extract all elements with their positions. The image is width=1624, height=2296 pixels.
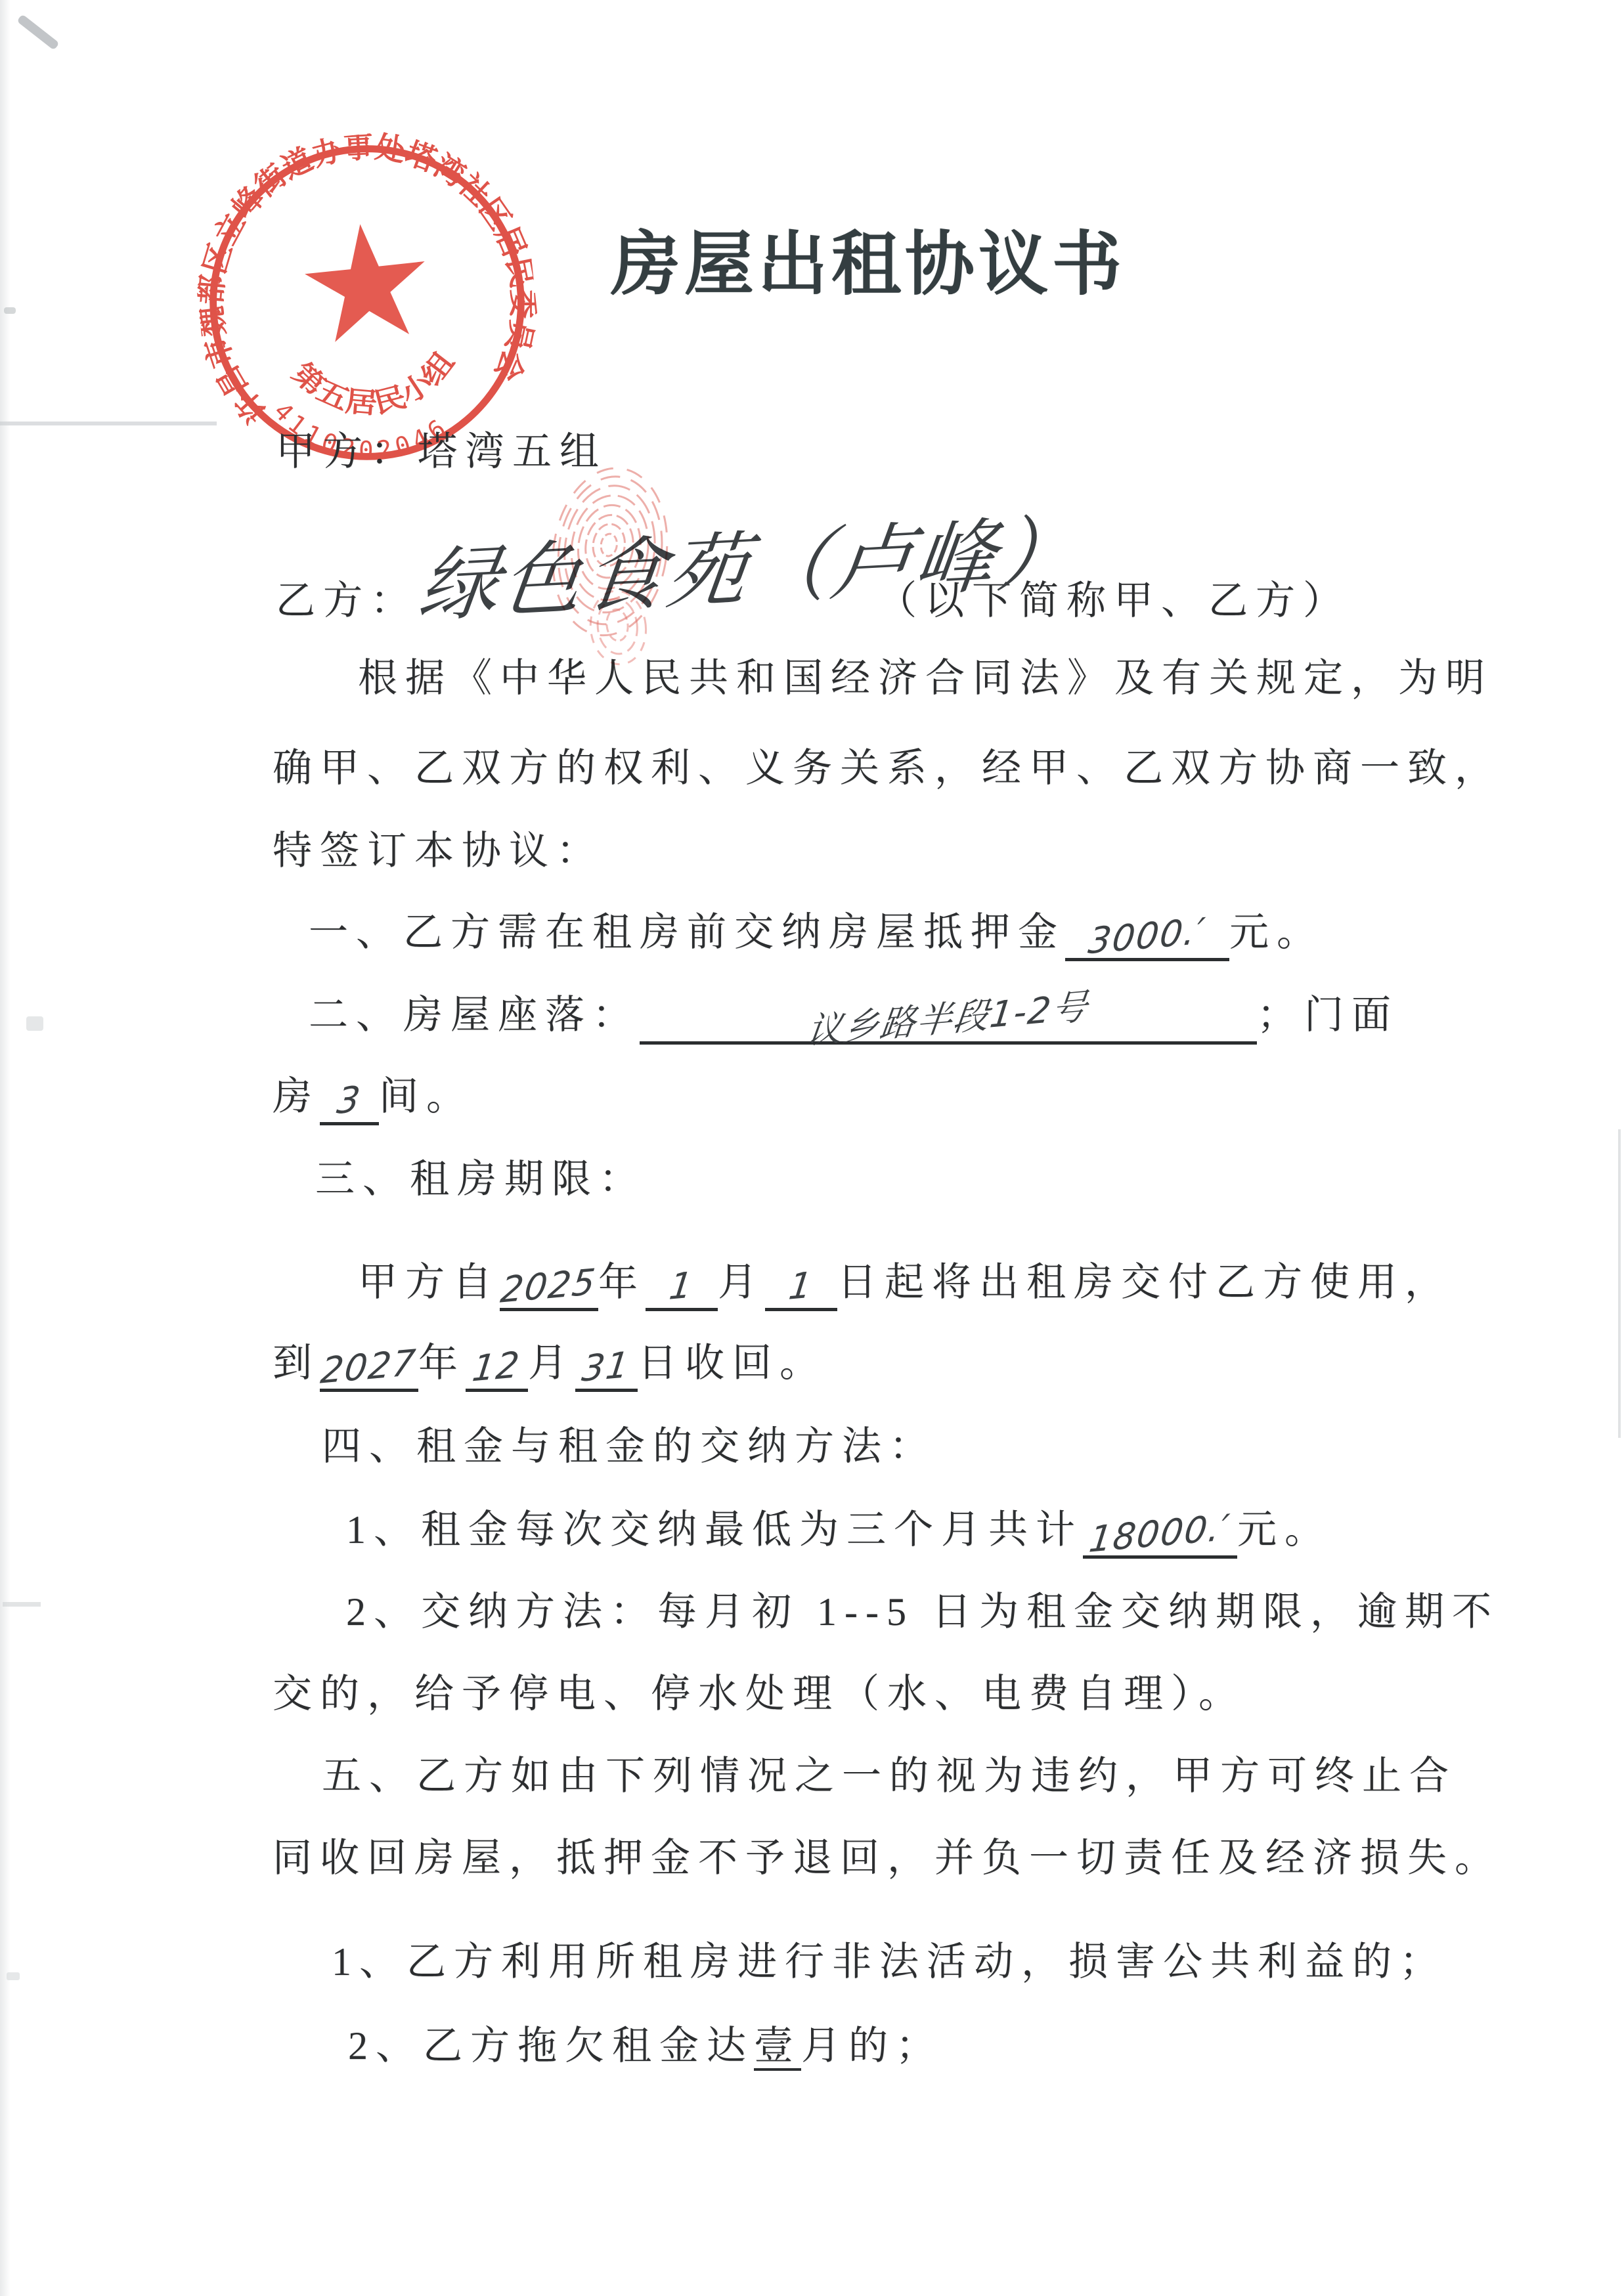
document-line: 乙方：绿色食苑（卢峰）（以下简称甲、乙方） [276, 522, 1350, 639]
document-line: 房3间。 [273, 1065, 473, 1125]
document-line: 1、租金每次交纳最低为三个月共计18000.′元。 [346, 1498, 1332, 1559]
fill-in-blank: 31 [575, 1341, 638, 1392]
handwritten-value: 3000.′ [1086, 910, 1208, 963]
fill-in-blank: 2027 [320, 1341, 418, 1392]
printed-text: 特签订本协议： [273, 829, 604, 873]
handwritten-value: 2027 [318, 1341, 419, 1392]
document-line: 2、乙方拖欠租金达壹月的； [348, 2014, 943, 2071]
scan-edge-line [1618, 1129, 1621, 1438]
printed-text: 月 [718, 1261, 765, 1304]
printed-text: 间。 [379, 1075, 473, 1118]
document-line: 同收回房屋，抵押金不予退回，并负一切责任及经济损失。 [273, 1827, 1502, 1883]
printed-text: 年 [418, 1341, 466, 1385]
handwritten-value: 2025 [498, 1261, 599, 1311]
printed-text: 确甲、乙双方的权利、义务关系，经甲、乙双方协商一致， [273, 747, 1502, 790]
document-line: 根据《中华人民共和国经济合同法》及有关规定，为明 [358, 647, 1493, 703]
printed-text: 同收回房屋，抵押金不予退回，并负一切责任及经济损失。 [273, 1836, 1502, 1880]
printed-text: 到 [273, 1341, 320, 1385]
printed-text: 二、房屋座落： [309, 993, 640, 1037]
scan-smudge [4, 307, 16, 314]
printed-text: 2、乙方拖欠租金达 [348, 2024, 754, 2068]
printed-text: 房 [273, 1075, 320, 1118]
printed-text: 三、租房期限： [315, 1158, 646, 1201]
scanned-contract-page: 许昌市魏都区立峰街道办事处塔湾社区居民委员会 第五居民小组 4110202046… [0, 0, 1624, 2296]
printed-text: 五、乙方如由下列情况之一的视为违约，甲方可终止合 [322, 1754, 1457, 1798]
fill-in-blank: 1 [765, 1260, 837, 1311]
fill-in-blank: 18000.′ [1083, 1507, 1237, 1559]
scan-smudge [3, 1602, 41, 1607]
handwritten-value: 1 [786, 1264, 815, 1308]
star-icon [300, 218, 432, 345]
document-line: 四、租金与租金的交纳方法： [322, 1415, 936, 1471]
handwritten-value: 12 [470, 1343, 523, 1389]
handwritten-value: 18000.′ [1087, 1506, 1233, 1561]
printed-text: ；门面 [1257, 993, 1399, 1037]
fill-in-blank: 3000.′ [1065, 910, 1229, 961]
fill-in-blank: 3 [320, 1074, 379, 1125]
document-line: 确甲、乙双方的权利、义务关系，经甲、乙双方协商一致， [273, 737, 1502, 793]
scan-streak [0, 422, 217, 425]
printed-text: 月 [528, 1341, 575, 1385]
printed-text: 2、交纳方法：每月初 1--5 日为租金交纳期限，逾期不 [346, 1590, 1499, 1634]
page-title: 房屋出租协议书 [611, 209, 1126, 309]
document-line: 1、乙方利用所租房进行非法活动，损害公共利益的； [332, 1930, 1447, 1987]
printed-text: 四、租金与租金的交纳方法： [322, 1425, 936, 1468]
handwritten-value: 1 [667, 1264, 695, 1308]
underlined-char: 壹 [754, 2025, 801, 2071]
document-line: 三、租房期限： [315, 1148, 646, 1204]
document-line: 二、房屋座落：议乡路半段1-2号；门面 [309, 984, 1399, 1045]
fill-in-blank: 1 [646, 1260, 718, 1311]
printed-text: 1、乙方利用所租房进行非法活动，损害公共利益的； [332, 1940, 1447, 1983]
printed-text: 元。 [1237, 1508, 1332, 1551]
scan-smudge [7, 1972, 20, 1980]
fingerprint-icon [540, 467, 684, 671]
document-line: 交的，给予停电、停水处理（水、电费自理）。 [273, 1662, 1246, 1719]
printed-text: 1、租金每次交纳最低为三个月共计 [346, 1508, 1083, 1551]
document-line: 五、乙方如由下列情况之一的视为违约，甲方可终止合 [322, 1744, 1457, 1801]
printed-text: 月的； [801, 2024, 943, 2068]
fill-in-blank: 议乡路半段1-2号 [640, 988, 1257, 1045]
printed-text: 一、乙方需在租房前交纳房屋抵押金 [309, 911, 1065, 954]
scan-smudge [16, 14, 59, 50]
document-line: 到2027年12月31日收回。 [273, 1332, 827, 1392]
printed-text: 年 [598, 1261, 646, 1304]
printed-text: 根据《中华人民共和国经济合同法》及有关规定，为明 [358, 657, 1493, 700]
fill-in-blank: 12 [466, 1341, 528, 1392]
scan-smudge [26, 1016, 43, 1031]
handwritten-value: 3 [334, 1078, 363, 1122]
handwritten-value: 31 [580, 1343, 632, 1389]
fill-in-blank: 2025 [500, 1260, 598, 1311]
document-line: 甲方自2025年1月1日起将出租房交付乙方使用， [358, 1251, 1452, 1311]
printed-text: 交的，给予停电、停水处理（水、电费自理）。 [273, 1672, 1246, 1716]
printed-text: 甲方自 [358, 1261, 500, 1304]
handwritten-value: 议乡路半段1-2号 [804, 978, 1091, 1054]
printed-text: 日起将出租房交付乙方使用， [837, 1261, 1452, 1304]
document-line: 一、乙方需在租房前交纳房屋抵押金3000.′元。 [309, 901, 1324, 961]
printed-text: 元。 [1229, 911, 1324, 954]
printed-text: 乙方： [276, 579, 418, 622]
document-line: 特签订本协议： [273, 819, 604, 876]
document-line: 2、交纳方法：每月初 1--5 日为租金交纳期限，逾期不 [346, 1580, 1499, 1637]
printed-text: 日收回。 [638, 1341, 827, 1385]
